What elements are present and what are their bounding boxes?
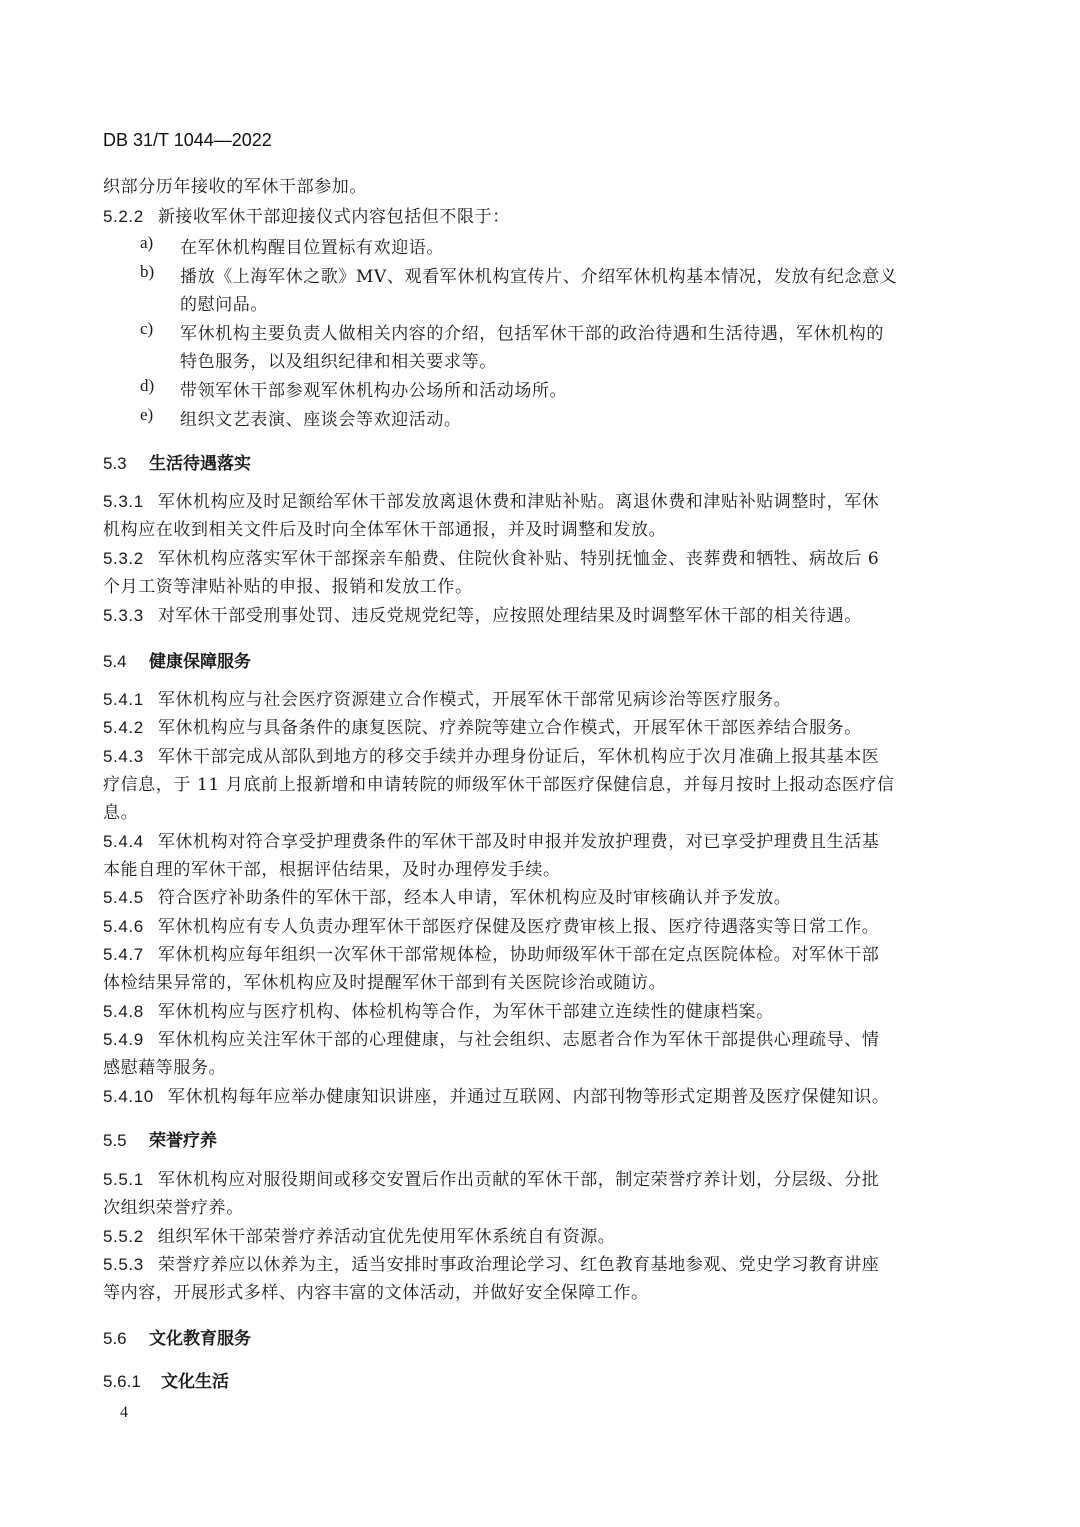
clause-text-cont: 等内容，开展形式多样、内容丰富的文体活动，并做好安全保障工作。	[103, 1279, 963, 1307]
clause-number: 5.3.1	[103, 488, 144, 516]
clause-number: 5.4.5	[103, 884, 144, 912]
clause-5-4-1: 5.4.1军休机构应与社会医疗资源建立合作模式，开展军休干部常见病诊治等医疗服务…	[103, 686, 963, 714]
section-heading-5-5: 5.5荣誉疗养	[103, 1126, 217, 1151]
clause-text: 军休机构每年应举办健康知识讲座，并通过互联网、内部刊物等形式定期普及医疗保健知识…	[168, 1087, 890, 1107]
clause-5-4-5: 5.4.5符合医疗补助条件的军休干部，经本人申请，军休机构应及时审核确认并予发放…	[103, 884, 963, 912]
clause-5-3-2: 5.3.2军休机构应落实军休干部探亲车船费、住院伙食补贴、特别抚恤金、丧葬费和牺…	[103, 545, 963, 573]
clause-text: 军休机构应每年组织一次军休干部常规体检，协助师级军休干部在定点医院体检。对军休干…	[158, 945, 880, 965]
section-title: 生活待遇落实	[149, 454, 251, 473]
clause-text-cont: 息。	[103, 799, 963, 827]
subsection-heading-5-6-1: 5.6.1文化生活	[103, 1367, 229, 1392]
section-number: 5.4	[103, 652, 149, 672]
list-text: 的慰问品。	[180, 290, 268, 315]
clause-number: 5.4.2	[103, 714, 144, 742]
clause-text: 军休机构应与具备条件的康复医院、疗养院等建立合作模式，开展军休干部医养结合服务。	[158, 718, 862, 738]
clause-number: 5.5.1	[103, 1166, 144, 1194]
list-text: 带领军休干部参观军休机构办公场所和活动场所。	[180, 376, 567, 401]
clause-text: 组织军休干部荣誉疗养活动宜优先使用军休系统自有资源。	[158, 1227, 616, 1247]
clause-text: 军休机构应对服役期间或移交安置后作出贡献的军休干部，制定荣誉疗养计划，分层级、分…	[158, 1170, 880, 1190]
clause-text: 对军休干部受刑事处罚、违反党规党纪等，应按照处理结果及时调整军休干部的相关待遇。	[158, 606, 862, 626]
section-number: 5.3	[103, 454, 149, 474]
clause-5-3-1: 5.3.1军休机构应及时足额给军休干部发放离退休费和津贴补贴。离退休费和津贴补贴…	[103, 488, 963, 516]
list-text: 在军休机构醒目位置标有欢迎语。	[180, 233, 444, 258]
clause-text: 军休干部完成从部队到地方的移交手续并办理身份证后，军休机构应于次月准确上报其基本…	[158, 747, 880, 767]
clause-text: 军休机构对符合享受护理费条件的军休干部及时申报并发放护理费，对已享受护理费且生活…	[158, 832, 880, 852]
clause-5-2-2: 5.2.2新接收军休干部迎接仪式内容包括但不限于：	[103, 203, 963, 231]
list-marker: d)	[140, 376, 154, 396]
clause-5-5-3: 5.5.3荣誉疗养应以休养为主，适当安排时事政治理论学习、红色教育基地参观、党史…	[103, 1251, 963, 1279]
section-number: 5.6	[103, 1329, 149, 1349]
clause-number: 5.5.3	[103, 1251, 144, 1279]
list-marker: c)	[140, 319, 153, 339]
clause-5-3-3: 5.3.3对军休干部受刑事处罚、违反党规党纪等，应按照处理结果及时调整军休干部的…	[103, 602, 963, 630]
clause-number: 5.4.6	[103, 913, 144, 941]
clause-number: 5.4.7	[103, 941, 144, 969]
clause-number: 5.4.1	[103, 686, 144, 714]
clause-text-cont: 体检结果异常的，军休机构应及时提醒军休干部到有关医院诊治或随访。	[103, 969, 963, 997]
section-heading-5-6: 5.6文化教育服务	[103, 1324, 251, 1349]
list-marker: b)	[140, 262, 154, 282]
clause-number: 5.4.3	[103, 743, 144, 771]
clause-5-4-2: 5.4.2军休机构应与具备条件的康复医院、疗养院等建立合作模式，开展军休干部医养…	[103, 714, 963, 742]
list-text: 组织文艺表演、座谈会等欢迎活动。	[180, 405, 462, 430]
document-page: DB 31/T 1044—2022 织部分历年接收的军休干部参加。 5.2.2新…	[0, 0, 1080, 1527]
clause-5-4-3: 5.4.3军休干部完成从部队到地方的移交手续并办理身份证后，军休机构应于次月准确…	[103, 743, 963, 771]
section-heading-5-3: 5.3生活待遇落实	[103, 449, 251, 474]
section-title: 荣誉疗养	[149, 1131, 217, 1150]
clause-text-cont: 个月工资等津贴补贴的申报、报销和发放工作。	[103, 573, 963, 601]
clause-text: 符合医疗补助条件的军休干部，经本人申请，军休机构应及时审核确认并予发放。	[158, 888, 792, 908]
clause-number: 5.3.3	[103, 602, 144, 630]
clause-text: 军休机构应落实军休干部探亲车船费、住院伙食补贴、特别抚恤金、丧葬费和牺牲、病故后…	[158, 549, 879, 569]
subsection-number: 5.6.1	[103, 1372, 161, 1392]
clause-text-cont: 次组织荣誉疗养。	[103, 1194, 963, 1222]
section-number: 5.5	[103, 1131, 149, 1151]
clause-text: 军休机构应与社会医疗资源建立合作模式，开展军休干部常见病诊治等医疗服务。	[158, 690, 792, 710]
section-heading-5-4: 5.4健康保障服务	[103, 647, 251, 672]
clause-number: 5.4.4	[103, 828, 144, 856]
list-text: 军休机构主要负责人做相关内容的介绍，包括军休干部的政治待遇和生活待遇，军休机构的	[180, 319, 884, 344]
list-text: 播放《上海军休之歌》MV、观看军休机构宣传片、介绍军休机构基本情况，发放有纪念意…	[180, 262, 897, 287]
section-title: 文化教育服务	[149, 1329, 251, 1348]
continuation-text: 织部分历年接收的军休干部参加。	[103, 173, 963, 201]
clause-number: 5.2.2	[103, 203, 144, 231]
clause-number: 5.3.2	[103, 545, 144, 573]
clause-text-cont: 机构应在收到相关文件后及时向全体军休干部通报，并及时调整和发放。	[103, 516, 963, 544]
clause-text: 军休机构应及时足额给军休干部发放离退休费和津贴补贴。离退休费和津贴补贴调整时，军…	[158, 492, 880, 512]
clause-5-4-6: 5.4.6军休机构应有专人负责办理军休干部医疗保健及医疗费审核上报、医疗待遇落实…	[103, 913, 963, 941]
clause-text: 新接收军休干部迎接仪式内容包括但不限于：	[158, 207, 510, 227]
clause-number: 5.5.2	[103, 1223, 144, 1251]
clause-text: 军休机构应有专人负责办理军休干部医疗保健及医疗费审核上报、医疗待遇落实等日常工作…	[158, 917, 880, 937]
section-title: 健康保障服务	[149, 652, 251, 671]
list-text: 特色服务，以及组织纪律和相关要求等。	[180, 347, 497, 372]
clause-text: 军休机构应与医疗机构、体检机构等合作，为军休干部建立连续性的健康档案。	[158, 1002, 774, 1022]
clause-text-cont: 感慰藉等服务。	[103, 1054, 963, 1082]
clause-5-4-7: 5.4.7军休机构应每年组织一次军休干部常规体检，协助师级军休干部在定点医院体检…	[103, 941, 963, 969]
clause-number: 5.4.9	[103, 1026, 144, 1054]
clause-5-4-4: 5.4.4军休机构对符合享受护理费条件的军休干部及时申报并发放护理费，对已享受护…	[103, 828, 963, 856]
clause-number: 5.4.8	[103, 998, 144, 1026]
page-number: 4	[120, 1404, 128, 1422]
clause-5-4-8: 5.4.8军休机构应与医疗机构、体检机构等合作，为军休干部建立连续性的健康档案。	[103, 998, 963, 1026]
list-marker: e)	[140, 405, 153, 425]
clause-5-5-2: 5.5.2组织军休干部荣誉疗养活动宜优先使用军休系统自有资源。	[103, 1223, 963, 1251]
subsection-title: 文化生活	[161, 1372, 229, 1391]
clause-5-4-10: 5.4.10军休机构每年应举办健康知识讲座，并通过互联网、内部刊物等形式定期普及…	[103, 1083, 963, 1111]
clause-5-5-1: 5.5.1军休机构应对服役期间或移交安置后作出贡献的军休干部，制定荣誉疗养计划，…	[103, 1166, 963, 1194]
document-id-header: DB 31/T 1044—2022	[103, 130, 272, 151]
clause-number: 5.4.10	[103, 1083, 154, 1111]
clause-5-4-9: 5.4.9军休机构应关注军休干部的心理健康，与社会组织、志愿者合作为军休干部提供…	[103, 1026, 963, 1054]
clause-text-cont: 本能自理的军休干部，根据评估结果，及时办理停发手续。	[103, 856, 963, 884]
clause-text: 荣誉疗养应以休养为主，适当安排时事政治理论学习、红色教育基地参观、党史学习教育讲…	[158, 1255, 880, 1275]
list-marker: a)	[140, 233, 153, 253]
clause-text-cont: 疗信息，于 11 月底前上报新增和申请转院的师级军休干部医疗保健信息，并每月按时…	[103, 771, 963, 799]
clause-text: 军休机构应关注军休干部的心理健康，与社会组织、志愿者合作为军休干部提供心理疏导、…	[158, 1030, 880, 1050]
